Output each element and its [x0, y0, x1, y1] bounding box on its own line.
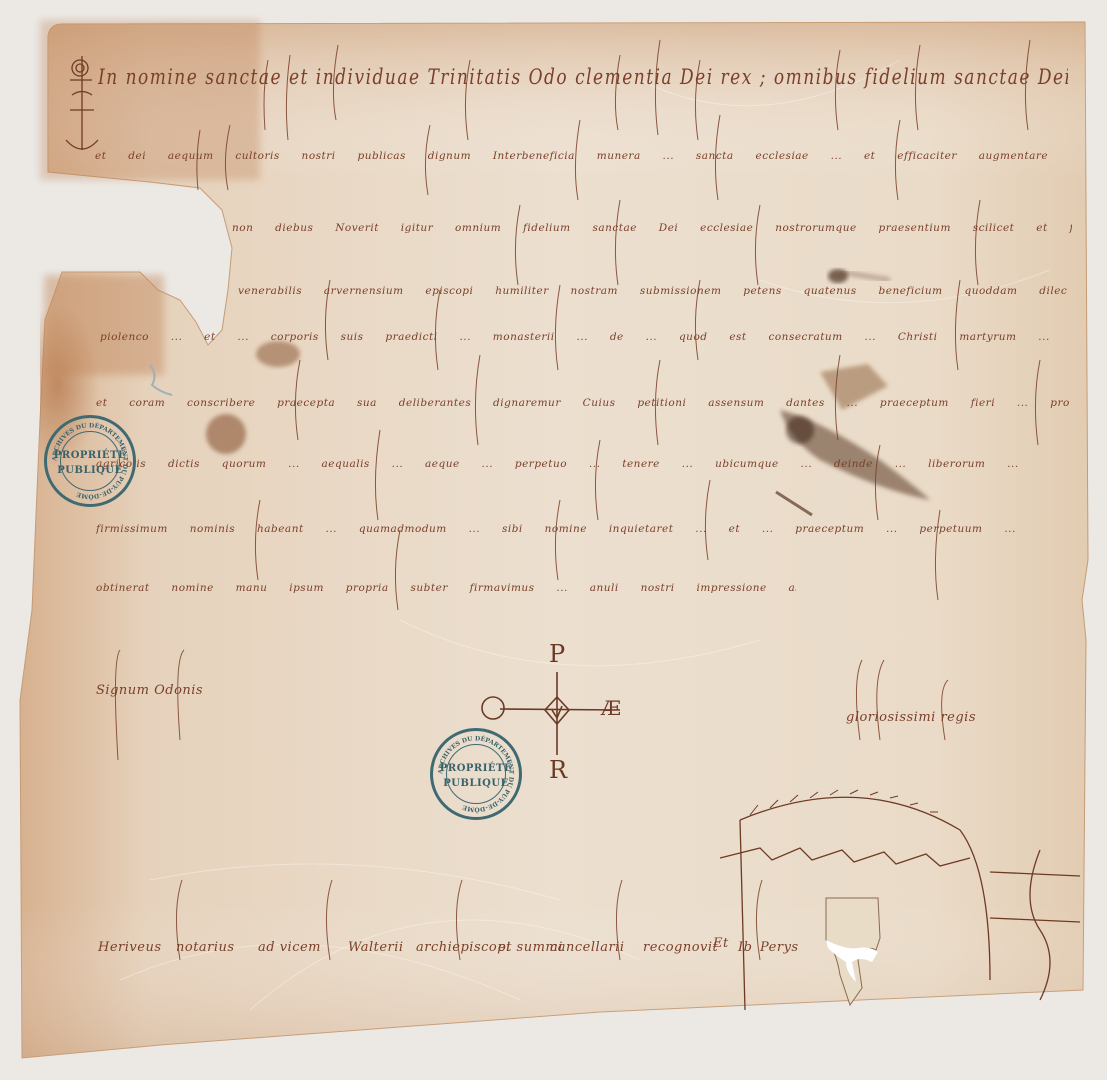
- body-line-5: et coram conscribere praecepta sua delib…: [96, 397, 1071, 409]
- body-line-2: non diebus Noverit igitur omnium fideliu…: [232, 222, 1072, 234]
- body-line-6: agricolis dictis quorum ... aequalis ...…: [96, 458, 1071, 470]
- stamp-ring-label: ARCHIVES DU DÉPARTEMENT DU PUY-DE-DÔME: [437, 735, 515, 814]
- signum-right: gloriosissimi regis: [846, 710, 976, 725]
- body-line-4: piolenco ... et ... corporis suis praedi…: [100, 331, 1070, 343]
- recognition-word: cancellarii: [550, 940, 624, 955]
- recognition-word: Walterii: [348, 940, 404, 955]
- monogram-letter-top: P: [549, 640, 565, 668]
- recognition-word: archiepiscopi: [416, 940, 511, 955]
- recognition-word: Ib: [738, 940, 752, 955]
- recognition-word: Perys: [760, 940, 799, 955]
- stamp-text-line-2: PUBLIQUE: [433, 778, 519, 789]
- stamp-ring-label: ARCHIVES DU DÉPARTEMENT DU PUY-DE-DÔME: [51, 422, 129, 501]
- svg-text:ARCHIVES DU DÉPARTEMENT DU PUY: ARCHIVES DU DÉPARTEMENT DU PUY-DE-DÔME: [51, 422, 129, 501]
- body-line-7: firmissimum nominis habeant ... quamadmo…: [96, 523, 1071, 535]
- archive-stamp-left: ARCHIVES DU DÉPARTEMENT DU PUY-DE-DÔME P…: [44, 415, 136, 507]
- archive-stamp-center: ARCHIVES DU DÉPARTEMENT DU PUY-DE-DÔME P…: [430, 728, 522, 820]
- recognition-word: notarius: [176, 940, 235, 955]
- stamp-ring-text: ARCHIVES DU DÉPARTEMENT DU PUY-DE-DÔME: [433, 731, 519, 817]
- stamp-text-line-1: PROPRIÉTÉ: [433, 763, 519, 774]
- recognition-word: recognovit: [643, 940, 718, 955]
- stamp-ring-text: ARCHIVES DU DÉPARTEMENT DU PUY-DE-DÔME: [47, 418, 133, 504]
- stamp-text-line-1: PROPRIÉTÉ: [47, 450, 133, 461]
- parchment-sheet: [0, 0, 1107, 1080]
- svg-text:ARCHIVES DU DÉPARTEMENT DU PUY: ARCHIVES DU DÉPARTEMENT DU PUY-DE-DÔME: [437, 735, 515, 814]
- body-line-3: venerabilis arvernensium episcopi humili…: [238, 285, 1068, 297]
- stamp-text-line-2: PUBLIQUE: [47, 465, 133, 476]
- body-line-8: obtinerat nomine manu ipsum propria subt…: [96, 582, 796, 594]
- recognition-line: Heriveus notarius ad vicem Walterii arch…: [98, 940, 798, 960]
- recognition-word: Et: [713, 936, 729, 951]
- body-line-1: et dei aequum cultoris nostri publicas d…: [95, 150, 1065, 162]
- protocol-line: In nomine sanctae et individuae Trinitat…: [98, 65, 1068, 90]
- recognition-word: Heriveus: [98, 940, 161, 955]
- signum-left: Signum Odonis: [96, 683, 203, 698]
- recognition-word: ad vicem: [258, 940, 321, 955]
- monogram-letter-bottom: R: [549, 756, 567, 784]
- monogram-letter-right: Æ: [601, 696, 621, 720]
